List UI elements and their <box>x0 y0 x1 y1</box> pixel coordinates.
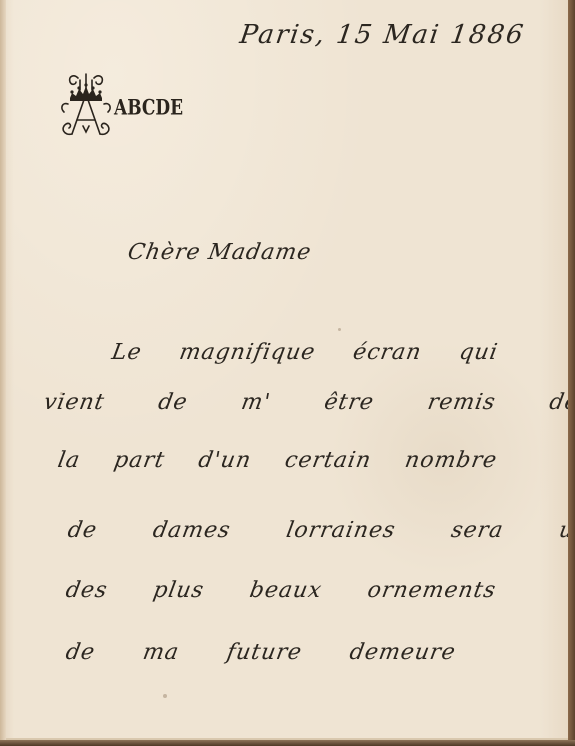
dateline: Paris, 15 Mai 1886 <box>238 20 527 50</box>
body-line-2: vient de m' être remis de <box>42 390 575 415</box>
salutation: Chère Madame <box>126 240 314 265</box>
page-left-edge-shadow <box>0 0 6 740</box>
paper-speck <box>60 392 63 395</box>
paper-speck <box>163 694 167 698</box>
body-line-5: des plus beaux ornements <box>64 578 498 603</box>
page-right-edge <box>568 0 575 746</box>
body-line-6: de ma future demeure <box>64 640 458 665</box>
letter-page: Paris, 15 Mai 1886 <box>0 0 568 740</box>
page-bottom-edge <box>0 740 575 746</box>
body-line-3: la part d'un certain nombre <box>56 448 499 473</box>
paper-speck <box>338 328 341 331</box>
monogram-gothic-name: ABCDE <box>114 96 183 121</box>
body-line-1: Le magnifique écran qui <box>110 340 500 365</box>
body-line-4: de dames lorraines sera un <box>66 518 575 543</box>
